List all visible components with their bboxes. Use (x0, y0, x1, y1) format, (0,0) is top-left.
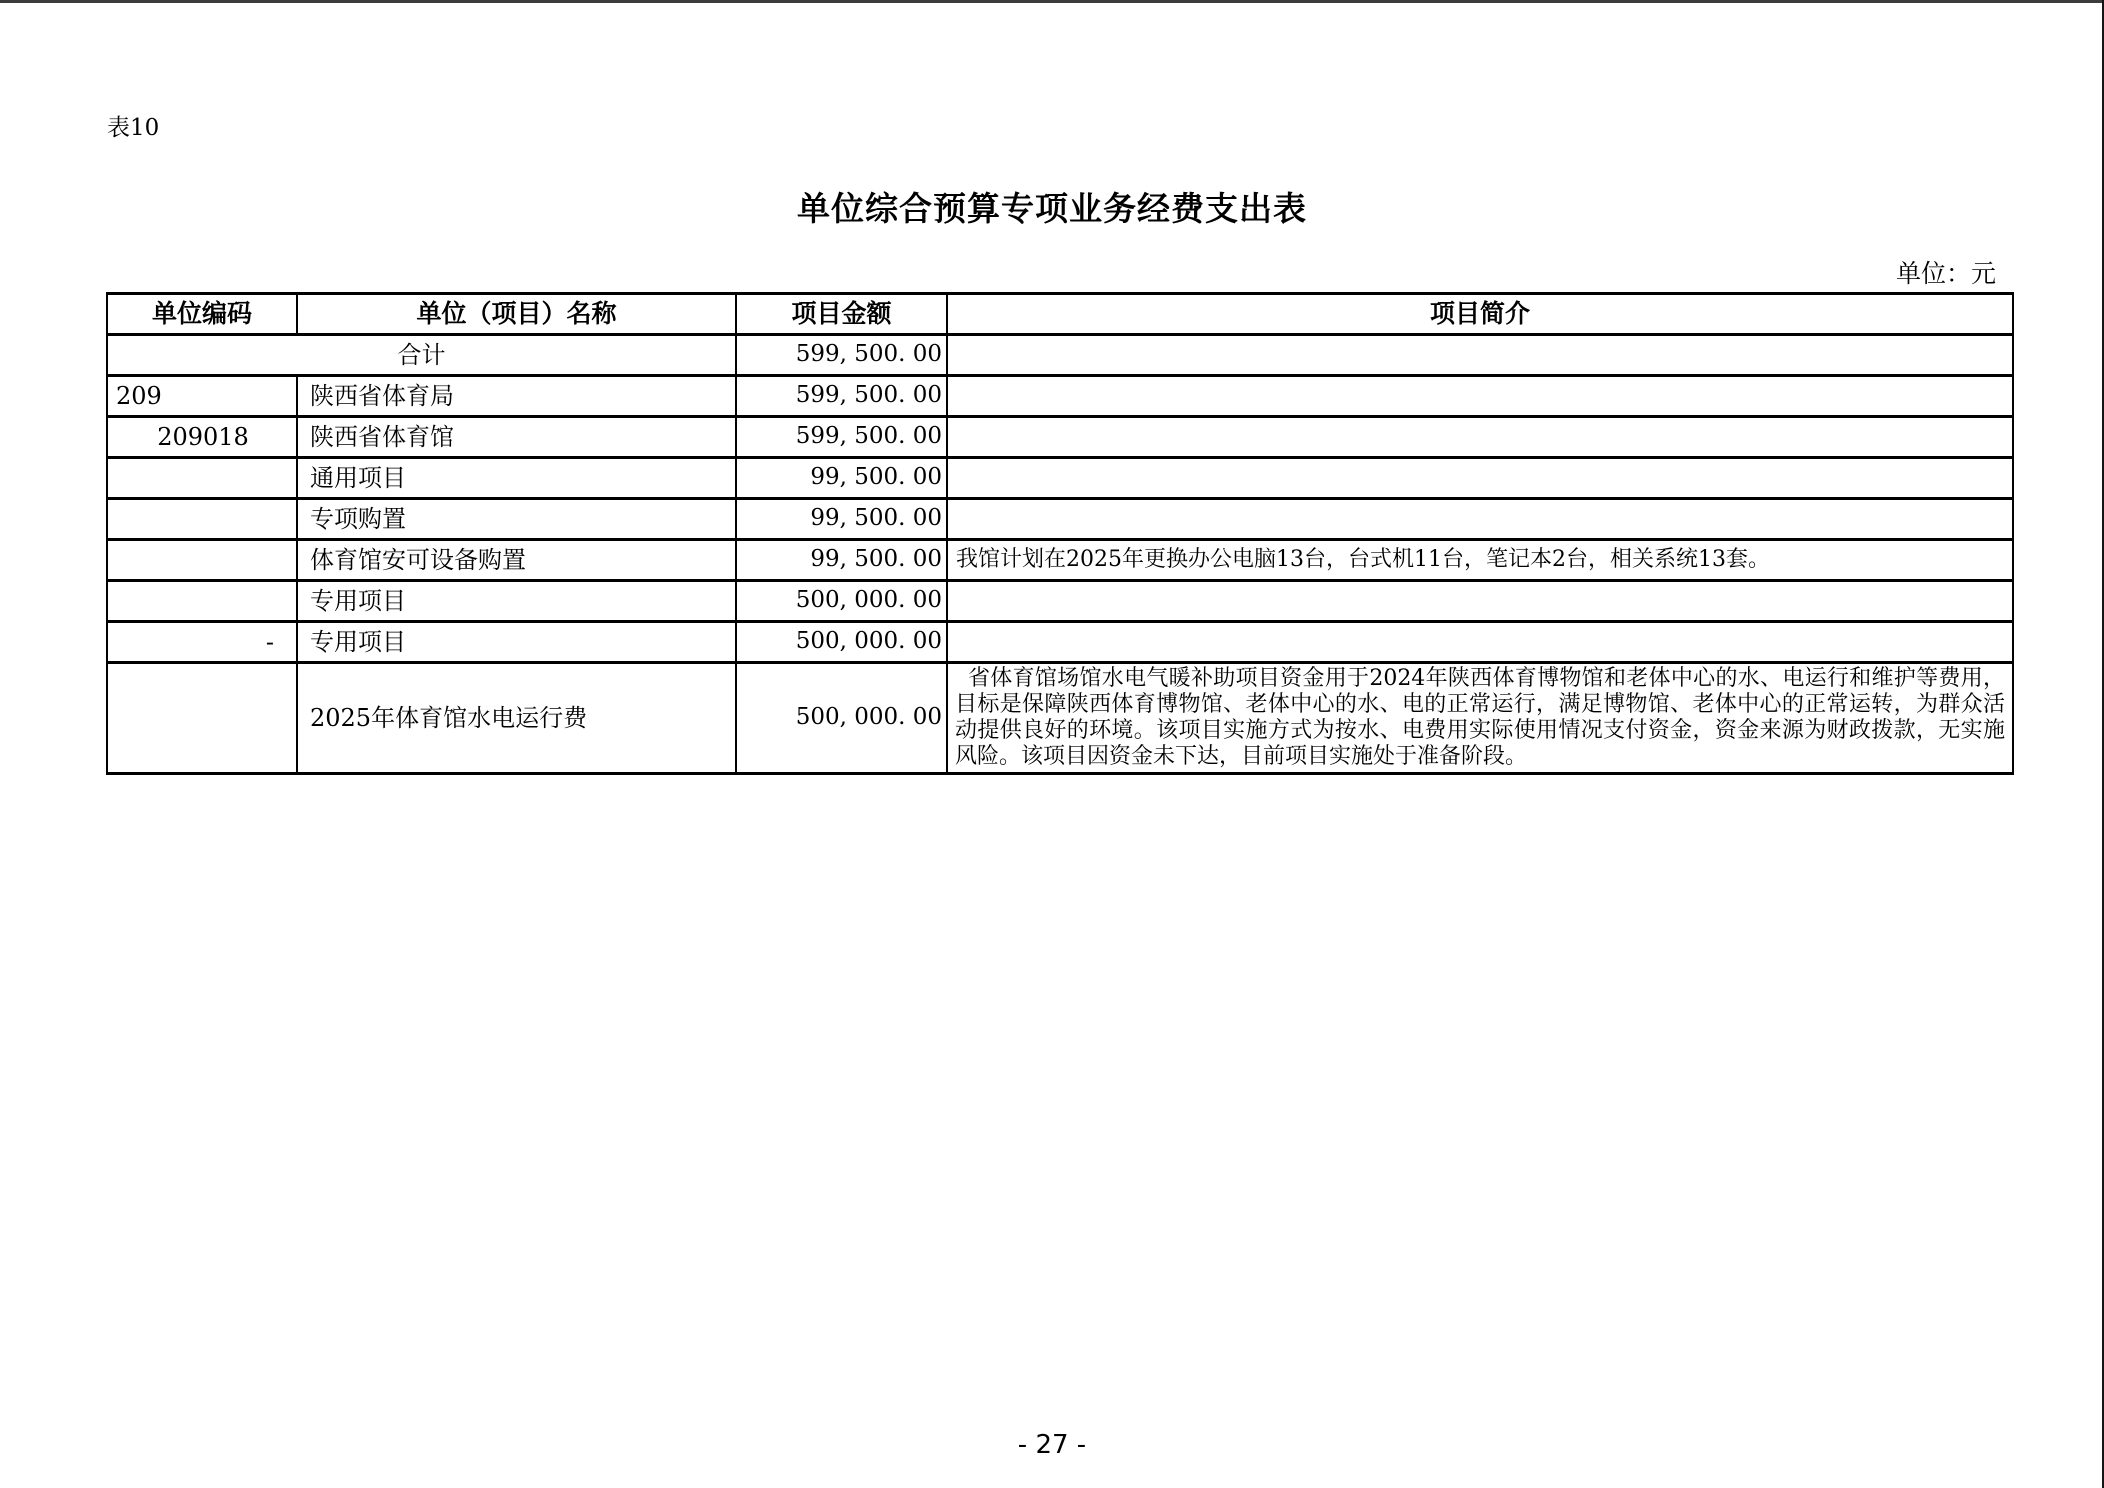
page-number: - 27 - (0, 1430, 2104, 1460)
cell-amount: 99, 500. 00 (736, 499, 947, 540)
currency-unit-note: 单位：元 (106, 254, 1996, 290)
table-row-dedicated-project-1: 专用项目 500, 000. 00 (107, 581, 2013, 622)
cell-unit-name: 陕西省体育馆 (297, 417, 736, 458)
table-row-bureau: 209 陕西省体育局 599, 500. 00 (107, 376, 2013, 417)
cell-unit-name: 2025年体育馆水电运行费 (297, 663, 736, 774)
page-top-border (0, 0, 2104, 3)
document-title: 单位综合预算专项业务经费支出表 (0, 183, 2104, 230)
cell-amount: 500, 000. 00 (736, 622, 947, 663)
cell-unit-name: 体育馆安可设备购置 (297, 540, 736, 581)
cell-unit-name: 通用项目 (297, 458, 736, 499)
cell-amount: 599, 500. 00 (736, 376, 947, 417)
col-header-project-amount: 项目金额 (736, 294, 947, 335)
cell-amount: 99, 500. 00 (736, 458, 947, 499)
cell-unit-code: 209018 (107, 417, 297, 458)
table-row-equipment-purchase: 体育馆安可设备购置 99, 500. 00 我馆计划在2025年更换办公电脑13… (107, 540, 2013, 581)
col-header-project-brief: 项目简介 (947, 294, 2013, 335)
budget-table: 单位编码 单位（项目）名称 项目金额 项目简介 合计 599, 500. 00 … (106, 292, 2014, 775)
cell-unit-code: - (107, 622, 297, 663)
col-header-unit-code: 单位编码 (107, 294, 297, 335)
cell-amount: 500, 000. 00 (736, 663, 947, 774)
table-row-stadium: 209018 陕西省体育馆 599, 500. 00 (107, 417, 2013, 458)
cell-unit-code (107, 581, 297, 622)
cell-desc (947, 622, 2013, 663)
cell-unit-code (107, 499, 297, 540)
table-row-general-project: 通用项目 99, 500. 00 (107, 458, 2013, 499)
cell-unit-name: 陕西省体育局 (297, 376, 736, 417)
cell-total-name: 合计 (107, 335, 736, 376)
cell-desc (947, 499, 2013, 540)
table-row-utility-operation: 2025年体育馆水电运行费 500, 000. 00 省体育馆场馆水电气暖补助项… (107, 663, 2013, 774)
cell-desc: 我馆计划在2025年更换办公电脑13台，台式机11台，笔记本2台，相关系统13套… (947, 540, 2013, 581)
cell-desc: 省体育馆场馆水电气暖补助项目资金用于2024年陕西体育博物馆和老体中心的水、电运… (947, 663, 2013, 774)
table-header-row: 单位编码 单位（项目）名称 项目金额 项目简介 (107, 294, 2013, 335)
cell-amount: 99, 500. 00 (736, 540, 947, 581)
cell-desc (947, 376, 2013, 417)
table-row-special-purchase: 专项购置 99, 500. 00 (107, 499, 2013, 540)
cell-total-amount: 599, 500. 00 (736, 335, 947, 376)
cell-desc (947, 581, 2013, 622)
cell-unit-code (107, 458, 297, 499)
col-header-unit-project-name: 单位（项目）名称 (297, 294, 736, 335)
table-number-label: 表10 (107, 114, 159, 142)
cell-unit-code (107, 540, 297, 581)
cell-desc (947, 417, 2013, 458)
cell-unit-code (107, 663, 297, 774)
cell-unit-code: 209 (107, 376, 297, 417)
table-row-total: 合计 599, 500. 00 (107, 335, 2013, 376)
cell-unit-name: 专项购置 (297, 499, 736, 540)
cell-amount: 599, 500. 00 (736, 417, 947, 458)
table-row-dedicated-project-2: - 专用项目 500, 000. 00 (107, 622, 2013, 663)
cell-desc (947, 458, 2013, 499)
cell-unit-name: 专用项目 (297, 581, 736, 622)
cell-amount: 500, 000. 00 (736, 581, 947, 622)
cell-unit-name: 专用项目 (297, 622, 736, 663)
cell-total-desc (947, 335, 2013, 376)
